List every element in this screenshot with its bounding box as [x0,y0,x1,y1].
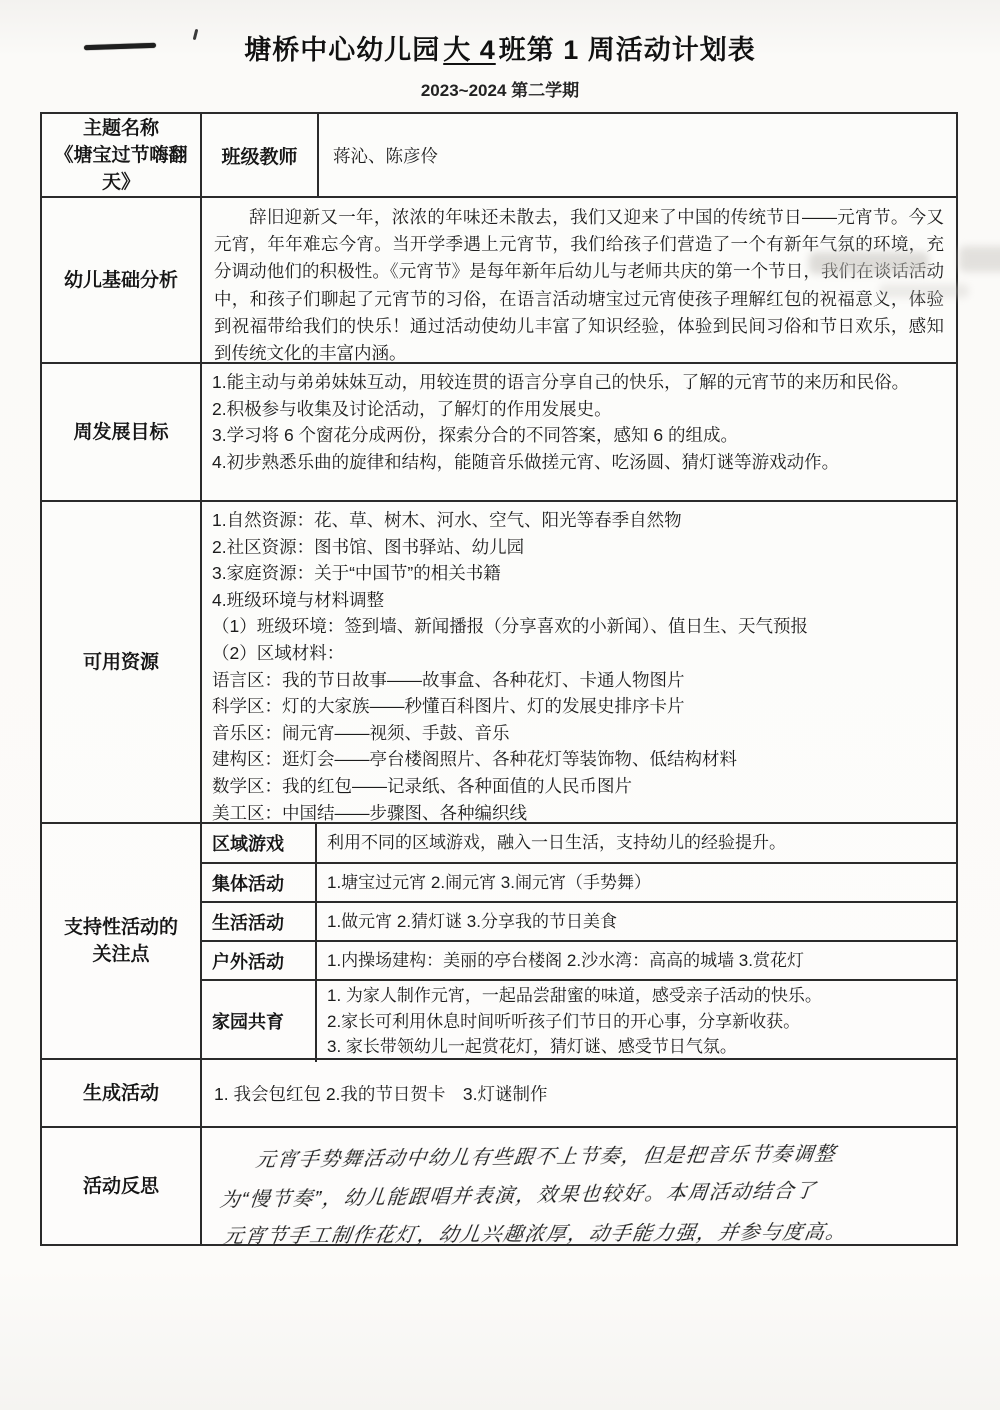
subrow-content: 1. 为家人制作元宵，一起品尝甜蜜的味道，感受亲子活动的快乐。 2.家长可利用休… [317,981,956,1062]
table-row-reflection: 活动反思 元宵手势舞活动中幼儿有些跟不上节奏，但是把音乐节奏调整 为“慢节奏”，… [42,1128,956,1244]
resource-line: 科学区：灯的大家族——秒懂百科图片、灯的发展史排序卡片 [212,693,946,720]
goals-label-cell: 周发展目标 [42,364,202,500]
scan-smudge [809,252,929,274]
subrow-content: 1.做元宵 2.猜灯谜 3.分享我的节日美食 [317,903,956,940]
title-suffix: 班第 1 周活动计划表 [499,35,756,65]
subrow-line: 2.家长可利用休息时间听听孩子们节日的开心事，分享新收获。 [327,1009,946,1035]
generated-content-cell: 1. 我会包红包 2.我的节日贺卡 3.灯谜制作 [202,1060,956,1126]
subrow-label: 集体活动 [202,864,317,901]
subrow-life-activities: 生活活动 1.做元宵 2.猜灯谜 3.分享我的节日美食 [202,903,956,942]
goal-item: 3.学习将 6 个窗花分成两份，探索分合的不同答案，感知 6 的组成。 [212,422,946,449]
goal-item: 2.积极参与收集及讨论活动，了解灯的作用发展史。 [212,396,946,423]
resources-label-cell: 可用资源 [42,502,202,822]
subrow-area-games: 区域游戏 利用不同的区域游戏，融入一日生活，支持幼儿的经验提升。 [202,824,956,864]
goals-content-cell: 1.能主动与弟弟妹妹互动，用较连贯的语言分享自己的快乐，了解的元宵节的来历和民俗… [202,364,956,500]
table-row-goals: 周发展目标 1.能主动与弟弟妹妹互动，用较连贯的语言分享自己的快乐，了解的元宵节… [42,364,956,502]
subrow-content: 1.塘宝过元宵 2.闹元宵 3.闹元宵（手势舞） [317,864,956,901]
resource-line: 1.自然资源：花、草、树木、河水、空气、阳光等春季自然物 [212,507,946,534]
table-row-resources: 可用资源 1.自然资源：花、草、树木、河水、空气、阳光等春季自然物 2.社区资源… [42,502,956,824]
support-label-cell: 支持性活动的关注点 [42,824,202,1058]
resource-line: 美工区：中国结——步骤图、各种编织线 [212,800,946,827]
handwritten-line: 元宵手势舞活动中幼儿有些跟不上节奏，但是把音乐节奏调整 [254,1136,948,1172]
reflection-label-cell: 活动反思 [42,1128,202,1244]
analysis-label-cell: 幼儿基础分析 [42,198,202,362]
resource-line: 建构区：逛灯会——亭台楼阁照片、各种花灯等装饰物、低结构材料 [212,746,946,773]
table-row-generated: 生成活动 1. 我会包红包 2.我的节日贺卡 3.灯谜制作 [42,1060,956,1128]
subrow-content: 1.内操场建构：美丽的亭台楼阁 2.沙水湾：高高的城墙 3.赏花灯 [317,942,956,979]
scanned-document-page: 塘桥中心幼儿园大 4班第 1 周活动计划表 2023~2024 第二学期 主题名… [0,0,1000,1410]
resource-line: （2）区域材料： [212,640,946,667]
resource-line: 2.社区资源：图书馆、图书驿站、幼儿园 [212,534,946,561]
subrow-line: 利用不同的区域游戏，融入一日生活，支持幼儿的经验提升。 [327,830,946,856]
theme-label-name: 《塘宝过节嗨翻天》 [48,142,194,196]
table-row-analysis: 幼儿基础分析 辞旧迎新又一年，浓浓的年味还未散去，我们又迎来了中国的传统节日——… [42,198,956,364]
goal-item: 1.能主动与弟弟妹妹互动，用较连贯的语言分享自己的快乐，了解的元宵节的来历和民俗… [212,369,946,396]
analysis-content-cell: 辞旧迎新又一年，浓浓的年味还未散去，我们又迎来了中国的传统节日——元宵节。今又元… [202,198,956,362]
theme-label-title: 主题名称 [48,115,194,142]
reflection-content-cell: 元宵手势舞活动中幼儿有些跟不上节奏，但是把音乐节奏调整 为“慢节奏”，幼儿能跟唱… [202,1128,956,1244]
resource-line: 4.班级环境与材料调整 [212,587,946,614]
resource-line: 音乐区：闹元宵——视须、手鼓、音乐 [212,720,946,747]
support-label-text: 支持性活动的关注点 [58,914,183,968]
generated-label-cell: 生成活动 [42,1060,202,1126]
theme-label-cell: 主题名称 《塘宝过节嗨翻天》 [42,114,202,196]
goal-item: 4.初步熟悉乐曲的旋律和结构，能随音乐做搓元宵、吃汤圆、猜灯谜等游戏动作。 [212,449,946,476]
teacher-names-cell: 蒋沁、陈彦伶 [319,114,956,196]
subrow-home-coeducation: 家园共育 1. 为家人制作元宵，一起品尝甜蜜的味道，感受亲子活动的快乐。 2.家… [202,981,956,1062]
table-row-support: 支持性活动的关注点 区域游戏 利用不同的区域游戏，融入一日生活，支持幼儿的经验提… [42,824,956,1060]
subrow-outdoor-activities: 户外活动 1.内操场建构：美丽的亭台楼阁 2.沙水湾：高高的城墙 3.赏花灯 [202,942,956,981]
subrow-label: 家园共育 [202,981,317,1062]
handwritten-line: 为“慢节奏”，幼儿能跟唱并表演，效果也较好。本周活动结合了 [218,1172,947,1212]
subrow-label: 生活活动 [202,903,317,940]
subrow-group-activities: 集体活动 1.塘宝过元宵 2.闹元宵 3.闹元宵（手势舞） [202,864,956,903]
resources-content-cell: 1.自然资源：花、草、树木、河水、空气、阳光等春季自然物 2.社区资源：图书馆、… [202,502,956,822]
teacher-label-cell: 班级教师 [202,114,319,196]
resource-line: 数学区：我的红包——记录纸、各种面值的人民币图片 [212,773,946,800]
table-row-theme: 主题名称 《塘宝过节嗨翻天》 班级教师 蒋沁、陈彦伶 [42,114,956,198]
subrow-line: 1.塘宝过元宵 2.闹元宵 3.闹元宵（手势舞） [327,870,946,896]
resource-line: 语言区：我的节日故事——故事盒、各种花灯、卡通人物图片 [212,667,946,694]
scan-smudge [879,284,969,298]
subrow-label: 户外活动 [202,942,317,979]
support-subrows: 区域游戏 利用不同的区域游戏，融入一日生活，支持幼儿的经验提升。 集体活动 1.… [202,824,956,1058]
resource-line: （1）班级环境：签到墙、新闻播报（分享喜欢的小新闻）、值日生、天气预报 [212,613,946,640]
resource-line: 3.家庭资源：关于“中国节”的相关书籍 [212,560,946,587]
subrow-line: 3. 家长带领幼儿一起赏花灯，猜灯谜、感受节日气氛。 [327,1034,946,1060]
subrow-line: 1.做元宵 2.猜灯谜 3.分享我的节日美食 [327,909,946,935]
subrow-label: 区域游戏 [202,824,317,862]
subrow-line: 1.内操场建构：美丽的亭台楼阁 2.沙水湾：高高的城墙 3.赏花灯 [327,948,946,974]
teacher-names-text: 蒋沁、陈彦伶 [333,143,438,168]
title-prefix: 塘桥中心幼儿园 [244,35,440,65]
scan-smudge [959,246,1000,272]
activity-plan-table: 主题名称 《塘宝过节嗨翻天》 班级教师 蒋沁、陈彦伶 幼儿基础分析 辞旧迎新又一… [40,112,958,1246]
handwritten-line: 元宵节手工制作花灯，幼儿兴趣浓厚，动手能力强，并参与度高。 [222,1214,948,1248]
subrow-content: 利用不同的区域游戏，融入一日生活，支持幼儿的经验提升。 [317,824,956,862]
title-underlined-class: 大 4 [440,35,499,65]
subrow-line: 1. 为家人制作元宵，一起品尝甜蜜的味道，感受亲子活动的快乐。 [327,983,946,1009]
document-subtitle: 2023~2024 第二学期 [0,76,1000,101]
document-title: 塘桥中心幼儿园大 4班第 1 周活动计划表 [0,28,1000,67]
